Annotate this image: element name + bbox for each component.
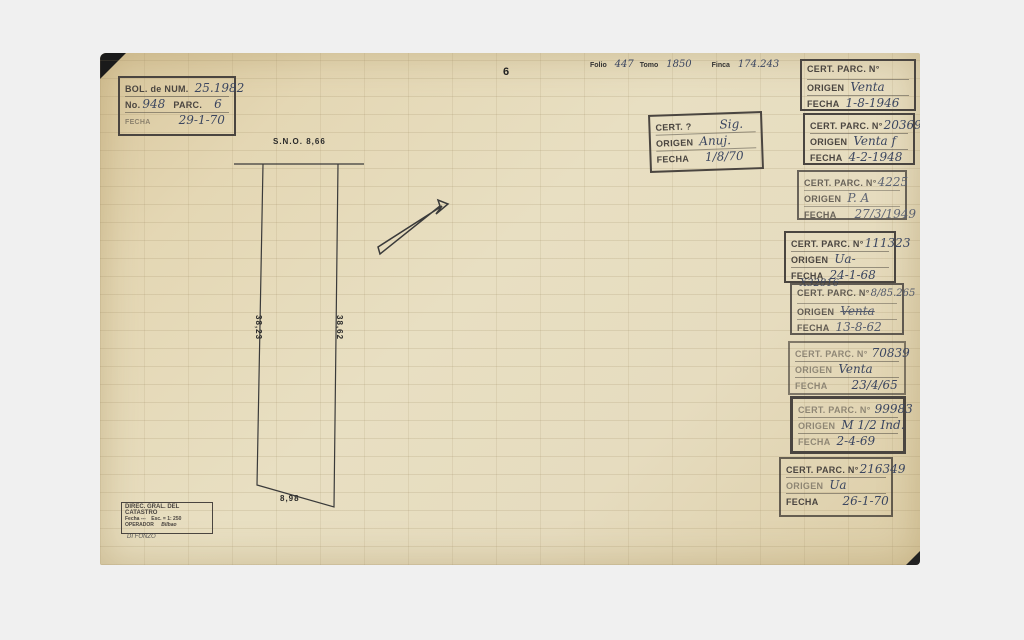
cert-stamp-5: CERT. PARC. N°111323 ORIGENUa- FECHA24-1…: [784, 231, 896, 283]
plot-bottom-side: 8,98: [280, 494, 300, 503]
plot-right-side: 38,62: [335, 315, 344, 340]
cert-stamp-2: CERT. ?Sig. ORIGENAnuj. FECHA1/8/70: [648, 111, 764, 173]
cert-stamp-7: CERT. PARC. N°70839 ORIGENVenta FECHA23/…: [788, 341, 906, 395]
cert-stamp-8: CERT. PARC. N°99983 ORIGENM 1/2 Ind. FEC…: [790, 396, 906, 454]
cadastral-card: 6 Folio 447 Tomo 1850 Finca 174.243 BOL.…: [100, 53, 920, 565]
plot-top-label: S.N.O. 8,66: [273, 137, 326, 146]
catastro-footer-stamp: DIREC. GRAL. DEL CATASTRO Fecha --- Esc.…: [121, 502, 213, 534]
cert-stamp-6: CERT. PARC. N°8/85.265 ORIGENVenta FECHA…: [790, 283, 904, 335]
boletin-stamp: BOL. de NUM.25.1982 No.948PARC.6 FECHA29…: [118, 76, 236, 136]
plot-left-side: 38,23: [254, 315, 263, 340]
registry-header: Folio 447 Tomo 1850 Finca 174.243: [590, 59, 779, 70]
signature-text: DI FONZO: [127, 534, 156, 540]
parcel-outline: [230, 158, 570, 518]
cert-stamp-1: CERT. PARC. N° ORIGENVenta FECHA1-8-1946: [800, 59, 916, 111]
cert-stamp-9: CERT. PARC. N°216349 ORIGENUa FECHA26-1-…: [779, 457, 893, 517]
page-number: 6: [503, 66, 509, 78]
cert-stamp-4: CERT. PARC. N°4225 ORIGENP. A FECHA27/3/…: [797, 170, 907, 220]
north-arrow-icon: [378, 200, 448, 254]
cert-stamp-3: CERT. PARC. N°203693 ORIGENVenta f FECHA…: [803, 113, 915, 165]
